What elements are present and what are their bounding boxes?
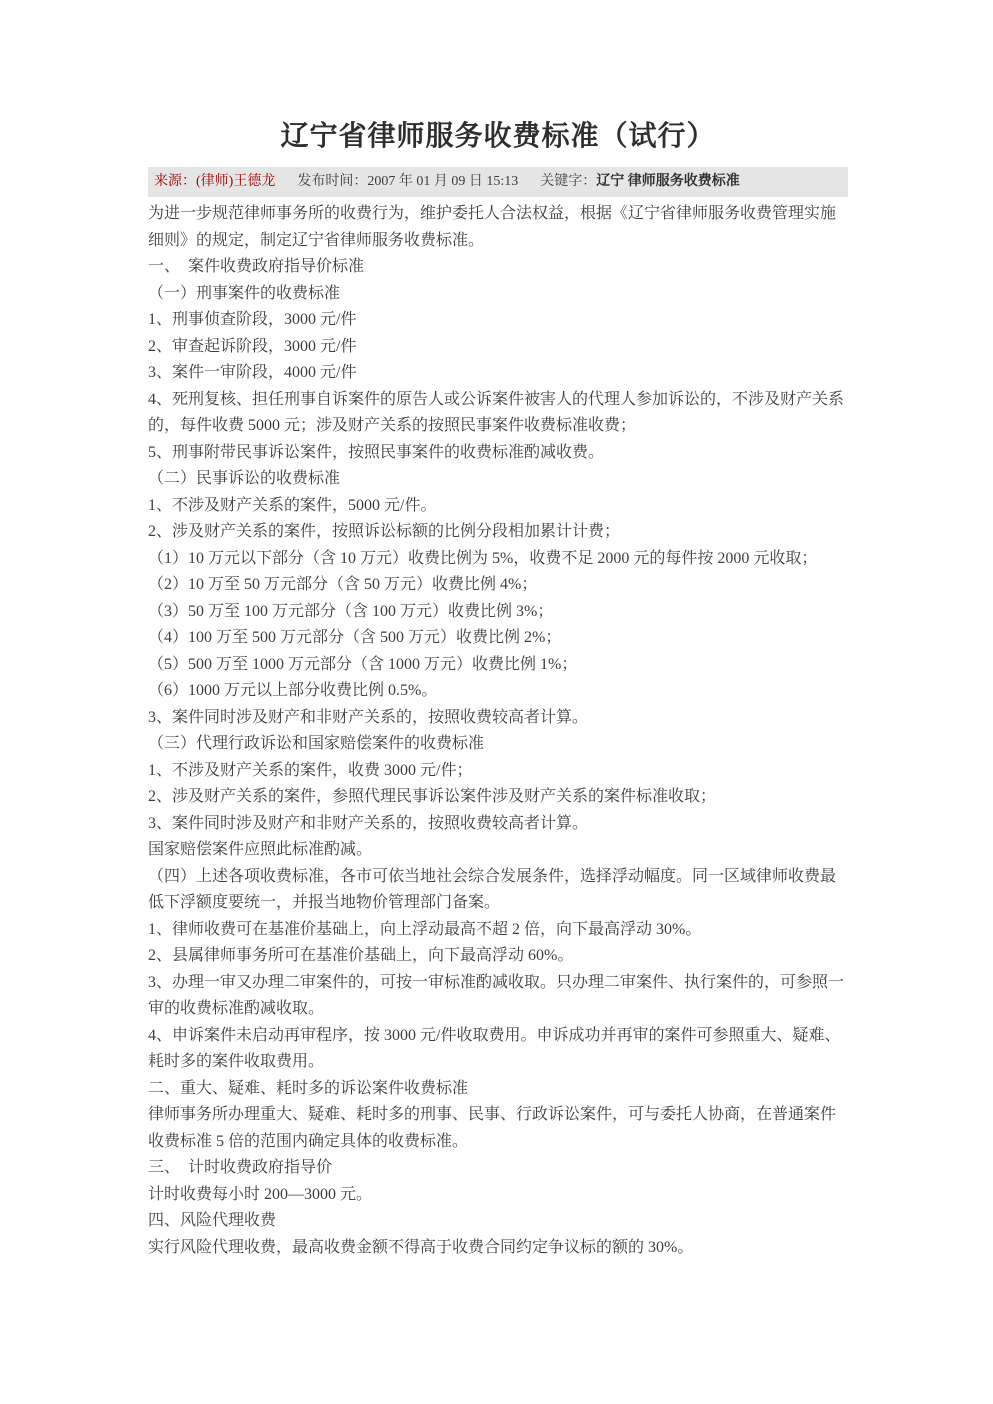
article-paragraph: 实行风险代理收费，最高收费金额不得高于收费合同约定争议标的额的 30%。 [148,1235,848,1262]
article-paragraph: 2、审查起诉阶段，3000 元/件 [148,334,848,361]
article-paragraph: （3）50 万至 100 万元部分（含 100 万元）收费比例 3%； [148,599,848,626]
article-paragraph: （6）1000 万元以上部分收费比例 0.5%。 [148,678,848,705]
article-paragraph: 3、办理一审又办理二审案件的，可按一审标准酌减收取。只办理二审案件、执行案件的，… [148,970,848,1023]
article-paragraph: 1、不涉及财产关系的案件，5000 元/件。 [148,493,848,520]
article-paragraph: 为进一步规范律师事务所的收费行为，维护委托人合法权益，根据《辽宁省律师服务收费管… [148,201,848,254]
article-paragraph: （1）10 万元以下部分（含 10 万元）收费比例为 5%，收费不足 2000 … [148,546,848,573]
keyword-values: 辽宁 律师服务收费标准 [596,174,740,189]
article-paragraph: 1、不涉及财产关系的案件，收费 3000 元/件； [148,758,848,785]
article-paragraph: （二）民事诉讼的收费标准 [148,466,848,493]
publish-time-label: 发布时间：2007 年 01 月 09 日 15:13 [297,174,518,189]
article-paragraph: （2）10 万至 50 万元部分（含 50 万元）收费比例 4%； [148,572,848,599]
article-paragraph: 三、 计时收费政府指导价 [148,1155,848,1182]
page-title: 辽宁省律师服务收费标准（试行） [148,0,848,158]
article-paragraph: 3、案件一审阶段，4000 元/件 [148,360,848,387]
article-paragraph: 国家赔偿案件应照此标准酌减。 [148,837,848,864]
article-paragraph: 1、刑事侦查阶段，3000 元/件 [148,307,848,334]
article-paragraph: 4、申诉案件未启动再审程序，按 3000 元/件收取费用。申诉成功并再审的案件可… [148,1023,848,1076]
article-paragraph: （5）500 万至 1000 万元部分（含 1000 万元）收费比例 1%； [148,652,848,679]
article-paragraph: （一）刑事案件的收费标准 [148,281,848,308]
article-paragraph: 1、律师收费可在基准价基础上，向上浮动最高不超 2 倍，向下最高浮动 30%。 [148,917,848,944]
article-paragraph: 2、县属律师事务所可在基准价基础上，向下最高浮动 60%。 [148,943,848,970]
article-paragraph: 3、案件同时涉及财产和非财产关系的，按照收费较高者计算。 [148,811,848,838]
document-page: 辽宁省律师服务收费标准（试行） 来源：(律师)王德龙发布时间：2007 年 01… [148,0,848,1261]
article-paragraph: 二、重大、疑难、耗时多的诉讼案件收费标准 [148,1076,848,1103]
article-paragraph: 2、涉及财产关系的案件，按照诉讼标额的比例分段相加累计计费； [148,519,848,546]
meta-bar: 来源：(律师)王德龙发布时间：2007 年 01 月 09 日 15:13关键字… [148,167,848,197]
article-paragraph: （三）代理行政诉讼和国家赔偿案件的收费标准 [148,731,848,758]
article-paragraph: 四、风险代理收费 [148,1208,848,1235]
article-paragraph: 计时收费每小时 200—3000 元。 [148,1182,848,1209]
article-body: 为进一步规范律师事务所的收费行为，维护委托人合法权益，根据《辽宁省律师服务收费管… [148,201,848,1261]
source-label: 来源：(律师)王德龙 [154,174,275,189]
article-paragraph: 2、涉及财产关系的案件，参照代理民事诉讼案件涉及财产关系的案件标准收取； [148,784,848,811]
article-paragraph: 律师事务所办理重大、疑难、耗时多的刑事、民事、行政诉讼案件，可与委托人协商，在普… [148,1102,848,1155]
article-paragraph: 4、死刑复核、担任刑事自诉案件的原告人或公诉案件被害人的代理人参加诉讼的，不涉及… [148,387,848,440]
article-paragraph: 5、刑事附带民事诉讼案件，按照民事案件的收费标准酌减收费。 [148,440,848,467]
article-paragraph: 3、案件同时涉及财产和非财产关系的，按照收费较高者计算。 [148,705,848,732]
article-paragraph: 一、 案件收费政府指导价标准 [148,254,848,281]
keyword-label: 关键字： [540,174,596,189]
article-paragraph: （4）100 万至 500 万元部分（含 500 万元）收费比例 2%； [148,625,848,652]
article-paragraph: （四）上述各项收费标准，各市可依当地社会综合发展条件，选择浮动幅度。同一区域律师… [148,864,848,917]
